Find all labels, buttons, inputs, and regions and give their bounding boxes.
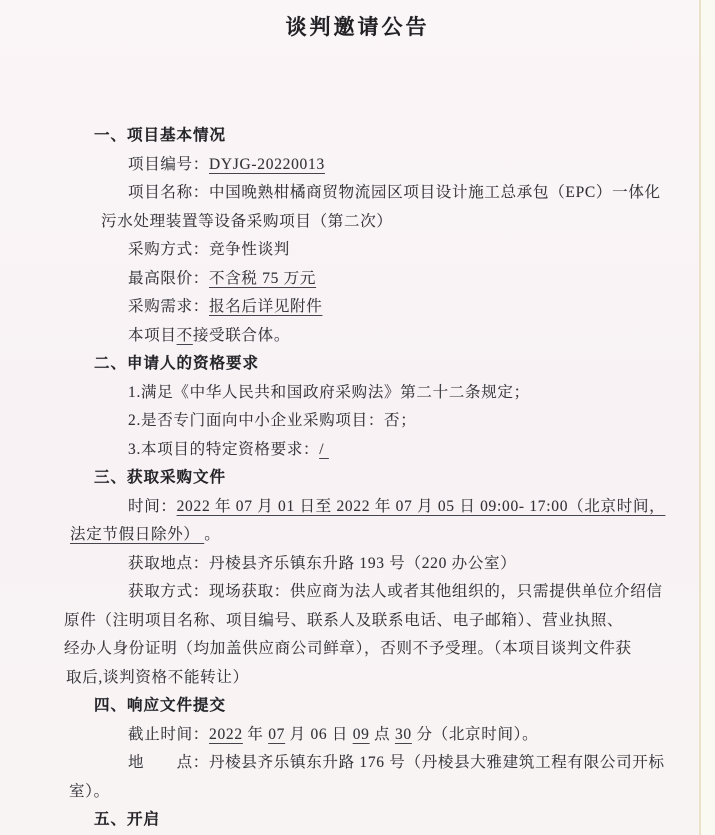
line-price-limit: 最高限价：不含税 75 万元 [64,265,665,294]
line-qualification-2: 2.是否专门面向中小企业采购项目：否； [64,407,665,436]
heading-section-5: 五、开启 [64,806,665,835]
underlined-value: 30 [395,726,412,743]
underlined-value: 不 [177,327,193,344]
line-submit-place-2: 室）。 [64,778,665,807]
line-submit-place-1: 地 点：丹棱县齐乐镇东升路 176 号（丹棱县大雅建筑工程有限公司开标 [64,749,665,778]
document-title: 谈判邀请公告 [0,0,715,42]
scan-page-edge [699,0,715,835]
line-obtain-method-3: 经办人身份证明（均加盖供应商公司鲜章），否则不予受理。（本项目谈判文件获 [64,635,665,664]
underlined-value: 报名后详见附件 [209,298,322,315]
underlined-value: 07 [268,726,285,743]
underlined-value: 2022 年 07 月 01 日至 2022 年 07 月 05 日 09:00… [177,498,666,515]
line-obtain-method-1: 获取方式：现场获取：供应商为法人或者其他组织的，只需提供单位介绍信 [64,578,665,607]
line-procurement-method: 采购方式：竞争性谈判 [64,236,665,265]
line-submit-deadline: 截止时间：2022 年 07 月 06 日 09 点 30 分（北京时间）。 [64,721,665,750]
underlined-value: DYJG-20220013 [209,156,325,173]
underlined-value: 法定节假日除外） [70,526,204,543]
underlined-value: 2022 [209,726,243,743]
underlined-value: / [319,441,329,458]
document-body: 一、项目基本情况项目编号：DYJG-20220013项目名称：中国晚熟柑橘商贸物… [0,122,715,835]
line-qualification-1: 1.满足《中华人民共和国政府采购法》第二十二条规定； [64,379,665,408]
line-obtain-time-2: 法定节假日除外） 。 [64,521,665,550]
heading-section-3: 三、获取采购文件 [64,464,665,493]
line-qualification-3: 3.本项目的特定资格要求：/ [64,436,665,465]
scanned-document-page: { "page": { "background_color": "#f8f3f4… [0,0,715,835]
line-procurement-demand: 采购需求：报名后详见附件 [64,293,665,322]
line-obtain-time-1: 时间：2022 年 07 月 01 日至 2022 年 07 月 05 日 09… [64,493,665,522]
line-no-consortium: 本项目不接受联合体。 [64,322,665,351]
line-obtain-place: 获取地点：丹棱县齐乐镇东升路 193 号（220 办公室） [64,550,665,579]
line-project-number: 项目编号：DYJG-20220013 [64,151,665,180]
underlined-value: 09 [353,726,370,743]
heading-section-1: 一、项目基本情况 [64,122,665,151]
heading-section-4: 四、响应文件提交 [64,692,665,721]
heading-section-2: 二、申请人的资格要求 [64,350,665,379]
line-obtain-method-2: 原件（注明项目名称、项目编号、联系人及联系电话、电子邮箱）、营业执照、 [64,607,665,636]
document-page: 谈判邀请公告 一、项目基本情况项目编号：DYJG-20220013项目名称：中国… [0,0,715,835]
line-obtain-method-4: 取后,谈判资格不能转让） [64,664,665,693]
line-project-name-2: 污水处理装置等设备采购项目（第二次） [64,208,665,237]
line-project-name-1: 项目名称：中国晚熟柑橘商贸物流园区项目设计施工总承包（EPC）一体化 [64,179,665,208]
underlined-value: 不含税 75 万元 [209,270,316,287]
